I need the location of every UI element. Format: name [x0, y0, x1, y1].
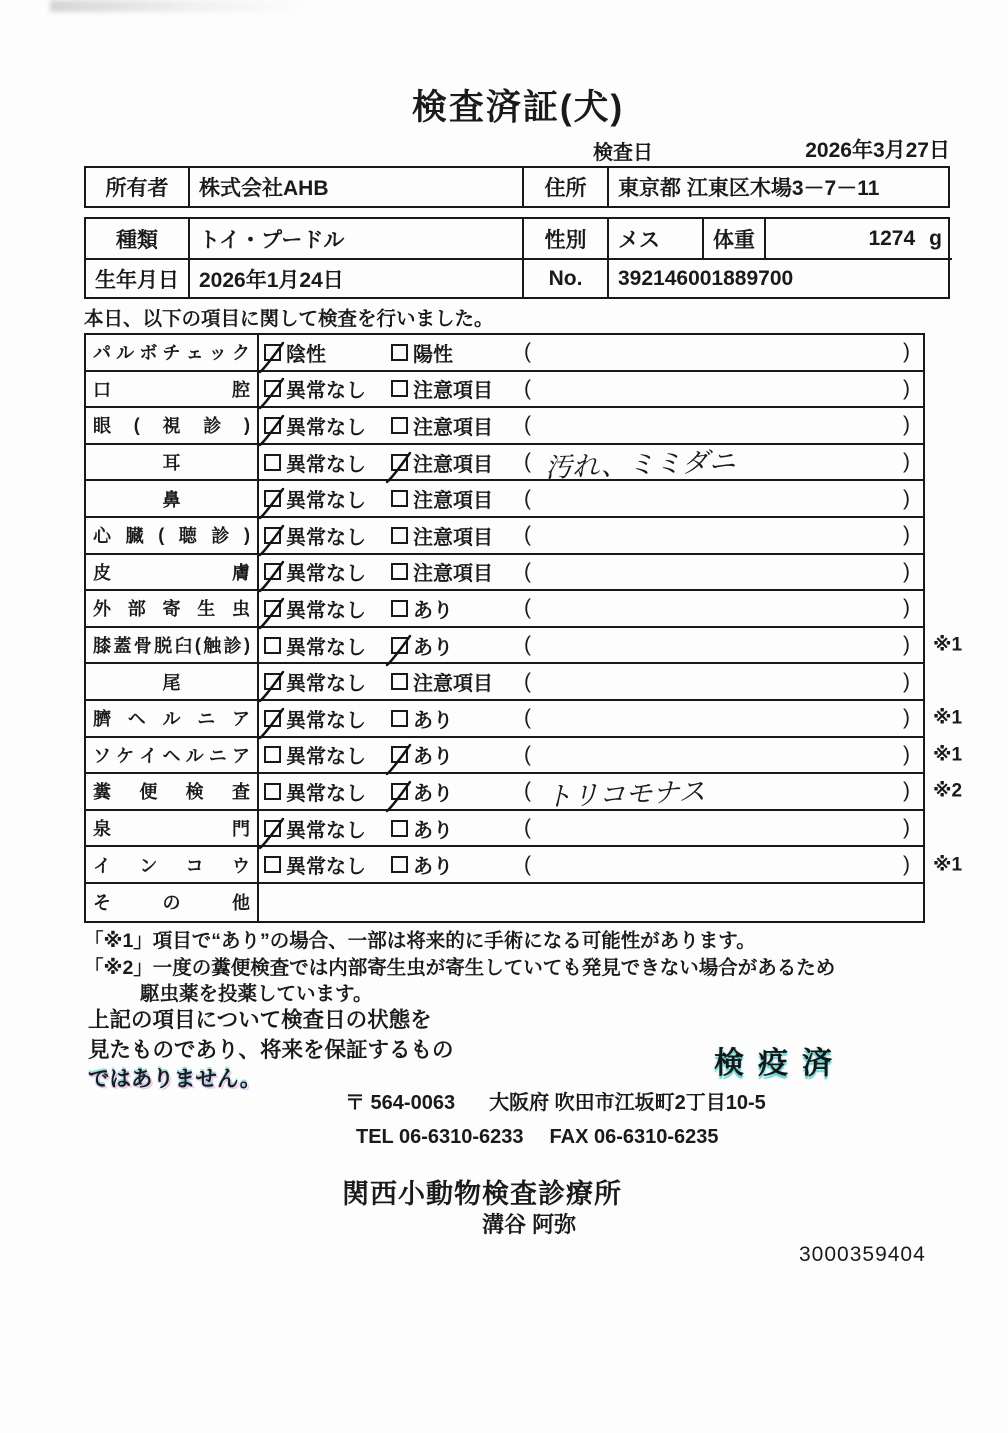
paren-close: ) [903, 633, 910, 657]
checkbox-option1 [264, 344, 281, 361]
checkbox-option1 [264, 783, 281, 800]
option1-label: 異常なし [286, 777, 366, 806]
checkbox-option2 [391, 527, 408, 544]
handwritten-note [545, 416, 903, 428]
pet-table: 種類 トイ・プードル 性別 メス 体重 1274 g 生年月日 2026年1月2… [84, 217, 950, 299]
footnote-mark: ※1 [933, 743, 962, 766]
item-name: 鼻 [86, 481, 259, 516]
option1-group: 異常なし [264, 631, 391, 660]
handwritten-check-icon [258, 670, 285, 705]
item-body: 異常なし 注意項目 ( ) [259, 372, 923, 407]
handwritten-check-icon [258, 707, 285, 742]
item-name: 臍ヘルニア [86, 701, 259, 736]
item-body: 異常なし あり ( ) [259, 847, 923, 882]
item-name: 糞便検査 [86, 774, 259, 809]
item-name: 口腔 [86, 372, 259, 407]
option2-group: 注意項目 [391, 557, 524, 586]
no-label: No. [522, 258, 607, 297]
page-title: 検査済証(犬) [14, 80, 1008, 130]
item-name: パルボチェック [86, 335, 259, 370]
checkbox-option2 [391, 417, 408, 434]
checkbox-option1 [264, 417, 281, 434]
checkbox-option2 [391, 490, 408, 507]
option1-group: 異常なし [264, 374, 391, 403]
paren-close: ) [903, 706, 910, 730]
option1-label: 異常なし [286, 667, 366, 696]
option2-group: 注意項目 [391, 411, 524, 440]
item-name: ソケイヘルニア [86, 738, 259, 773]
paren-close: ) [903, 450, 910, 474]
option1-group: 異常なし [264, 521, 391, 550]
checkbox-option2 [391, 673, 408, 690]
disclaimer: 上記の項目について検査日の状態を 見たものであり、将来を保証するもの ではありま… [88, 1006, 454, 1095]
checkbox-option1 [264, 856, 281, 873]
footnote-mark: ※1 [933, 707, 962, 730]
checkbox-option2 [391, 710, 408, 727]
paren-close: ) [903, 670, 910, 694]
option1-label: 異常なし [286, 484, 366, 513]
handwritten-note [545, 343, 903, 355]
option2-group: あり [391, 850, 524, 879]
handwritten-check-icon [258, 487, 285, 522]
option1-label: 異常なし [286, 448, 366, 477]
footnote-mark: ※1 [933, 853, 962, 876]
disclaimer-line-1: 上記の項目について検査日の状態を [88, 1006, 454, 1036]
checkbox-option2 [391, 856, 408, 873]
clinic-telfax-line: TEL 06-6310-6233 FAX 06-6310-6235 [356, 1126, 719, 1149]
item-name: 耳 [86, 445, 259, 480]
clinic-fax: FAX 06-6310-6235 [550, 1126, 719, 1149]
paren-close: ) [903, 413, 910, 437]
item-name: 尾 [86, 664, 259, 699]
handwritten-note [545, 562, 903, 574]
option2-label: 陽性 [413, 338, 453, 367]
handwritten-check-icon [258, 524, 285, 559]
weight-label: 体重 [702, 219, 764, 258]
weight-value: 1274 [868, 227, 915, 251]
option2-group: 陽性 [391, 338, 524, 367]
paren-open: ( [524, 560, 531, 584]
paren-close: ) [903, 779, 910, 803]
checkbox-option1 [264, 563, 281, 580]
option1-group: 異常なし [264, 850, 391, 879]
checkbox-option1 [264, 820, 281, 837]
handwritten-check-icon [258, 414, 285, 449]
weight-unit: g [929, 227, 942, 251]
option2-group: 注意項目 [391, 448, 524, 477]
option1-label: 異常なし [286, 850, 366, 879]
checkbox-option2 [391, 746, 408, 763]
checkbox-option1 [264, 490, 281, 507]
paren-open: ( [524, 670, 531, 694]
no-value: 392146001889700 [607, 258, 952, 297]
option1-label: 陰性 [286, 338, 326, 367]
paren-close: ) [903, 377, 910, 401]
item-body: 陰性 陽性 ( ) [259, 335, 923, 370]
handwritten-check-icon [258, 341, 285, 376]
paren-open: ( [524, 340, 531, 364]
intro-sentence: 本日、以下の項目に関して検査を行いました。 [84, 303, 494, 331]
paren-open: ( [524, 743, 531, 767]
paren-open: ( [524, 487, 531, 511]
item-name: インコウ [86, 847, 259, 882]
item-body: 異常なし 注意項目 ( ) [259, 664, 923, 699]
checkbox-option1 [264, 710, 281, 727]
option1-group: 異常なし [264, 814, 391, 843]
paren-open: ( [524, 853, 531, 877]
item-body: 異常なし あり ( ) [259, 701, 923, 736]
paren-open: ( [524, 413, 531, 437]
footnote-2-line1: 「※2」一度の糞便検査では内部寄生虫が寄生していても発見できない場合があるため [84, 952, 835, 980]
weight-value-cell: 1274 g [764, 219, 952, 258]
checkbox-option2 [391, 563, 408, 580]
option2-label: 注意項目 [413, 521, 493, 550]
exam-date-label: 検査日 [593, 136, 653, 165]
option2-label: 注意項目 [413, 557, 493, 586]
item-name: 外部寄生虫 [86, 591, 259, 626]
footnote-mark: ※2 [933, 780, 962, 803]
checkbox-option2 [391, 380, 408, 397]
checkbox-option1 [264, 746, 281, 763]
paren-close: ) [903, 560, 910, 584]
option2-label: 注意項目 [413, 374, 493, 403]
handwritten-note [545, 855, 903, 867]
option1-label: 異常なし [286, 594, 366, 623]
table-row: その他 [86, 884, 923, 921]
paren-close: ) [903, 487, 910, 511]
item-name: 皮膚 [86, 555, 259, 590]
option2-group: 注意項目 [391, 484, 524, 513]
option1-label: 異常なし [286, 557, 366, 586]
table-row: 心臓(聴診) 異常なし 注意項目 ( ) [86, 518, 923, 555]
owner-table: 所有者 株式会社AHB 住所 東京都 江東区木場3－7－11 [84, 166, 950, 208]
checkbox-option1 [264, 380, 281, 397]
paren-close: ) [903, 743, 910, 767]
paren-close: ) [903, 340, 910, 364]
option2-label: あり [413, 777, 453, 806]
clinic-address: 大阪府 吹田市江坂町2丁目10-5 [489, 1086, 766, 1115]
birth-value: 2026年1月24日 [188, 258, 522, 297]
footnote-2-line2: 駆虫薬を投薬しています。 [140, 978, 372, 1006]
clinic-tel: TEL 06-6310-6233 [356, 1126, 524, 1149]
option1-group: 異常なし [264, 667, 391, 696]
handwritten-note [545, 526, 903, 538]
paren-close: ) [903, 523, 910, 547]
paren-open: ( [524, 523, 531, 547]
birth-label: 生年月日 [86, 258, 188, 297]
checkbox-option1 [264, 600, 281, 617]
clinic-address-line: 〒 564-0063 大阪府 吹田市江坂町2丁目10-5 [345, 1086, 766, 1115]
option2-group: あり [391, 777, 524, 806]
option1-group: 異常なし [264, 704, 391, 733]
option2-label: 注意項目 [413, 484, 493, 513]
option2-group: 注意項目 [391, 667, 524, 696]
option2-group: あり [391, 631, 524, 660]
item-body [259, 884, 923, 921]
handwritten-note [545, 709, 903, 721]
owner-value: 株式会社AHB [188, 168, 522, 206]
table-row: 臍ヘルニア 異常なし あり ( ) ※1 [86, 701, 923, 738]
item-body: 異常なし あり ( ) [259, 591, 923, 626]
item-name: 泉門 [86, 811, 259, 846]
paren-open: ( [524, 450, 531, 474]
handwritten-check-icon [258, 560, 285, 595]
item-name: 眼(視診) [86, 408, 259, 443]
handwritten-note [545, 672, 903, 684]
checkbox-option2 [391, 637, 408, 654]
table-row: パルボチェック 陰性 陽性 ( ) [86, 335, 923, 372]
item-body: 異常なし あり ( ) [259, 811, 923, 846]
option2-group: 注意項目 [391, 374, 524, 403]
option1-group: 異常なし [264, 448, 391, 477]
item-name: 心臓(聴診) [86, 518, 259, 553]
paren-open: ( [524, 377, 531, 401]
handwritten-note [545, 745, 903, 757]
option1-group: 異常なし [264, 594, 391, 623]
paren-open: ( [524, 633, 531, 657]
checkbox-option2 [391, 454, 408, 471]
option1-group: 陰性 [264, 338, 391, 367]
scan-smudge [50, 0, 310, 12]
paren-open: ( [524, 596, 531, 620]
handwritten-check-icon [258, 597, 285, 632]
option1-group: 異常なし [264, 411, 391, 440]
option1-label: 異常なし [286, 704, 366, 733]
option2-label: あり [413, 814, 453, 843]
address-label: 住所 [522, 168, 607, 206]
handwritten-note [545, 379, 903, 391]
option2-label: あり [413, 631, 453, 660]
table-row: インコウ 異常なし あり ( ) ※1 [86, 847, 923, 884]
breed-value: トイ・プードル [188, 219, 522, 258]
handwritten-note [545, 489, 903, 501]
option2-label: あり [413, 704, 453, 733]
option2-group: あり [391, 740, 524, 769]
table-row: 外部寄生虫 異常なし あり ( ) [86, 591, 923, 628]
checkbox-option2 [391, 344, 408, 361]
option1-label: 異常なし [286, 374, 366, 403]
option1-group: 異常なし [264, 740, 391, 769]
checkbox-option1 [264, 637, 281, 654]
option1-group: 異常なし [264, 484, 391, 513]
item-body: 異常なし 注意項目 ( 汚れ、ミミダニ ) [259, 445, 923, 480]
quarantine-stamp: 検疫済 [714, 1038, 846, 1082]
option2-label: 注意項目 [413, 667, 493, 696]
disclaimer-line-2: 見たものであり、将来を保証するもの [88, 1036, 454, 1066]
paren-open: ( [524, 779, 531, 803]
item-body: 異常なし 注意項目 ( ) [259, 555, 923, 590]
checkbox-option1 [264, 454, 281, 471]
paren-open: ( [524, 706, 531, 730]
paren-close: ) [903, 596, 910, 620]
option1-group: 異常なし [264, 557, 391, 586]
serial-number: 3000359404 [799, 1243, 926, 1267]
table-row: 耳 異常なし 注意項目 ( 汚れ、ミミダニ ) [86, 445, 923, 482]
certificate-page: 検査済証(犬) 検査日 2026年3月27日 所有者 株式会社AHB 住所 東京… [0, 0, 1008, 1433]
option2-label: あり [413, 740, 453, 769]
item-body: 異常なし 注意項目 ( ) [259, 481, 923, 516]
clinic-name: 関西小動物検査診療所 [342, 1172, 622, 1211]
item-name: その他 [86, 884, 259, 921]
option2-label: 注意項目 [413, 448, 493, 477]
item-body: 異常なし あり ( ) [259, 628, 923, 663]
option2-group: あり [391, 704, 524, 733]
table-row: 皮膚 異常なし 注意項目 ( ) [86, 555, 923, 592]
option2-group: あり [391, 594, 524, 623]
item-body: 異常なし あり ( トリコモナス ) [259, 774, 923, 809]
paren-open: ( [524, 816, 531, 840]
option1-label: 異常なし [286, 814, 366, 843]
examiner-name: 溝谷 阿弥 [482, 1208, 576, 1239]
checkbox-option1 [264, 527, 281, 544]
handwritten-check-icon [258, 377, 285, 412]
option2-group: あり [391, 814, 524, 843]
checkbox-option2 [391, 820, 408, 837]
option2-label: あり [413, 594, 453, 623]
exam-date-value: 2026年3月27日 [805, 134, 950, 164]
option2-group: 注意項目 [391, 521, 524, 550]
footnote-mark: ※1 [933, 634, 962, 657]
checkbox-option2 [391, 600, 408, 617]
paren-close: ) [903, 853, 910, 877]
item-body: 異常なし 注意項目 ( ) [259, 518, 923, 553]
checkbox-option1 [264, 673, 281, 690]
option2-label: あり [413, 850, 453, 879]
inspection-table: パルボチェック 陰性 陽性 ( ) [84, 333, 925, 923]
option1-label: 異常なし [286, 411, 366, 440]
handwritten-note [545, 636, 903, 648]
table-row: 泉門 異常なし あり ( ) [86, 811, 923, 848]
handwritten-note [545, 599, 903, 611]
option1-label: 異常なし [286, 740, 366, 769]
table-row: 膝蓋骨脱臼(触診) 異常なし あり ( ) ※1 [86, 628, 923, 665]
table-row: 尾 異常なし 注意項目 ( ) [86, 664, 923, 701]
footnote-1: 「※1」項目で“あり”の場合、一部は将来的に手術になる可能性があります。 [84, 925, 756, 953]
option2-label: 注意項目 [413, 411, 493, 440]
handwritten-note [545, 819, 903, 831]
sex-label: 性別 [522, 219, 607, 258]
item-name: 膝蓋骨脱臼(触診) [86, 628, 259, 663]
sex-value: メス [607, 219, 702, 258]
option1-label: 異常なし [286, 631, 366, 660]
option1-group: 異常なし [264, 777, 391, 806]
table-row: 鼻 異常なし 注意項目 ( ) [86, 481, 923, 518]
clinic-postal: 〒 564-0063 [345, 1086, 455, 1115]
breed-label: 種類 [86, 219, 188, 258]
handwritten-check-icon [258, 817, 285, 852]
table-row: 糞便検査 異常なし あり ( トリコモナス ) ※2 [86, 774, 923, 811]
checkbox-option2 [391, 783, 408, 800]
option1-label: 異常なし [286, 521, 366, 550]
paren-close: ) [903, 816, 910, 840]
table-row: 口腔 異常なし 注意項目 ( ) [86, 372, 923, 409]
owner-label: 所有者 [86, 168, 188, 206]
address-value: 東京都 江東区木場3－7－11 [607, 168, 952, 206]
